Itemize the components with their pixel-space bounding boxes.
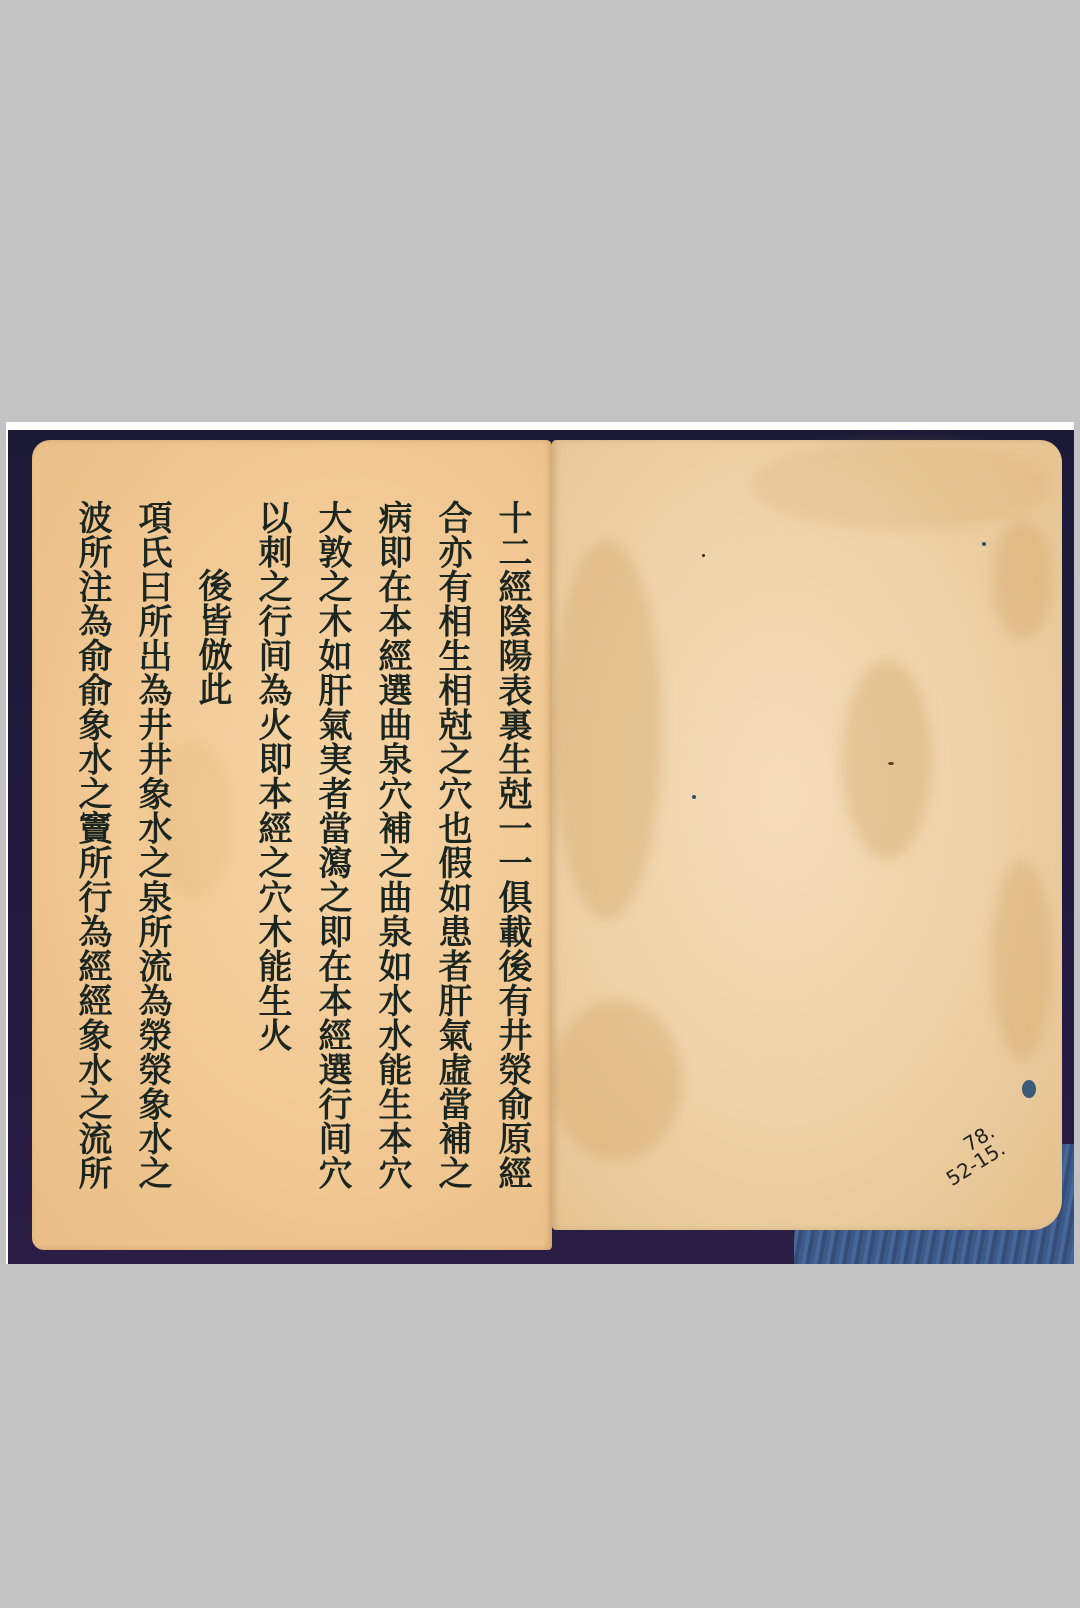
paper-stain: [992, 520, 1052, 640]
paper-stain: [552, 540, 662, 920]
manuscript-text: 十二經陰陽表裏生尅一一俱載後有井滎俞原經 合亦有相生相尅之穴也假如患者肝氣虛當補…: [52, 500, 542, 1200]
dirt-speck: [702, 554, 705, 557]
text-column-1: 十二經陰陽表裏生尅一一俱載後有井滎俞原經: [482, 500, 542, 1200]
text-column-7: 項氏曰所出為井井象水之泉所流為滎滎象水之: [122, 500, 182, 1200]
ink-speck: [982, 542, 986, 546]
ink-blot: [1022, 1080, 1036, 1098]
text-column-4: 大敦之木如肝氣実者當瀉之即在本經選行间穴: [302, 500, 362, 1200]
left-page: 十二經陰陽表裏生尅一一俱載後有井滎俞原經 合亦有相生相尅之穴也假如患者肝氣虛當補…: [32, 440, 552, 1250]
paper-stain: [842, 660, 932, 860]
text-column-6: 後皆倣此: [182, 500, 242, 1264]
ink-speck: [692, 795, 696, 799]
text-column-5: 以刺之行间為火即本經之穴木能生火: [242, 500, 302, 1200]
paper-stain: [552, 1000, 682, 1160]
paper-stain: [992, 860, 1052, 1060]
paper-stain: [752, 440, 1052, 530]
text-column-3: 病即在本經選曲泉穴補之曲泉如水水能生本穴: [362, 500, 422, 1200]
text-column-2: 合亦有相生相尅之穴也假如患者肝氣虛當補之: [422, 500, 482, 1200]
right-page: [552, 440, 1062, 1230]
scanned-image: 十二經陰陽表裏生尅一一俱載後有井滎俞原經 合亦有相生相尅之穴也假如患者肝氣虛當補…: [8, 430, 1074, 1264]
text-column-8: 波所注為俞俞象水之竇所行為經經象水之流所: [62, 500, 122, 1200]
dirt-speck: [888, 762, 894, 765]
